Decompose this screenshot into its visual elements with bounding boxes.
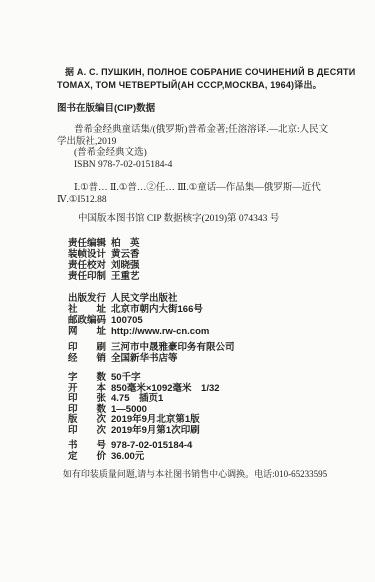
distributor-label: 经 销 [68,353,108,364]
book-number-label: 书 号 [68,441,108,452]
cip-classification: Ⅰ.①普… Ⅱ.①普…②任… Ⅲ.①童话—作品集—俄罗斯—近代 Ⅳ.①I512.… [57,183,347,206]
staff-row: 责任印制 王重艺 [68,271,347,282]
publisher-label: 网 址 [68,326,108,337]
printer-row: 印 刷 三河市中晟雅豪印务有限公司 [68,342,347,353]
printer-label: 印 刷 [68,342,108,353]
publisher-label: 邮政编码 [68,315,108,326]
cip-entry-line-2: 学出版社,2019 [57,137,347,149]
spec-value: 50千字 [108,373,141,384]
spec-value: 4.75 插页1 [108,394,163,405]
publisher-website: http://www.rw-cn.com [108,326,209,337]
spec-label: 字 数 [68,373,108,384]
price-row: 定 价 36.00元 [68,452,347,463]
cip-record-number: 中国版本图书馆 CIP 数据核字(2019)第 074343 号 [57,213,347,225]
cip-entry: 普希金经典童话集/(俄罗斯)普希金著;任溶溶译.—北京:人民文 学出版社,201… [57,125,347,171]
spec-row: 印 次 2019年9月第1次印刷 [68,426,347,437]
distributor-value: 全国新华书店等 [108,353,178,364]
spec-label: 印 张 [68,394,108,405]
staff-label: 责任编辑 [68,238,108,249]
spec-row: 版 次 2019年9月北京第1版 [68,415,347,426]
price-value: 36.00元 [108,452,144,463]
source-note-line-2: ТОМАХ, ТОМ ЧЕТВЕРТЫЙ(АН СССР,МОСКВА, 196… [57,79,347,92]
spec-label: 版 次 [68,415,108,426]
spec-value: 2019年9月第1次印刷 [108,426,200,437]
spec-row: 字 数 50千字 [68,373,347,384]
staff-value: 刘晓强 [108,260,140,271]
book-number-value: 978-7-02-015184-4 [108,441,192,452]
printing-distribution-info: 印 刷 三河市中晟雅豪印务有限公司 经 销 全国新华书店等 [68,342,347,364]
publisher-row: 邮政编码 100705 [68,315,347,326]
cip-classification-line-2: Ⅳ.①I512.88 [57,195,347,207]
publisher-value: 100705 [108,315,143,326]
staff-row: 装帧设计 黄云香 [68,249,347,260]
cip-classification-line-1: Ⅰ.①普… Ⅱ.①普…②任… Ⅲ.①童话—作品集—俄罗斯—近代 [57,183,347,195]
publisher-label: 出版发行 [68,293,108,304]
publisher-label: 社 址 [68,304,108,315]
price-label: 定 价 [68,452,108,463]
colophon-page: 据 А. С. ПУШКИН, ПОЛНОЕ СОБРАНИЕ СОЧИНЕНИ… [0,0,375,582]
staff-label: 责任印制 [68,271,108,282]
staff-label: 装帧设计 [68,249,108,260]
cip-entry-line-1: 普希金经典童话集/(俄罗斯)普希金著;任溶溶译.—北京:人民文 [57,125,347,137]
publisher-info: 出版发行 人民文学出版社 社 址 北京市朝内大街166号 邮政编码 100705… [68,293,347,337]
spec-row: 开 本 850毫米×1092毫米 1/32 [68,384,347,395]
spec-value: 2019年9月北京第1版 [108,415,200,426]
publisher-row: 出版发行 人民文学出版社 [68,293,347,304]
publisher-row: 社 址 北京市朝内大街166号 [68,304,347,315]
cip-heading: 图书在版编目(CIP)数据 [57,103,347,115]
staff-row: 责任编辑 柏 英 [68,238,347,249]
isbn-price: 书 号 978-7-02-015184-4 定 价 36.00元 [68,441,347,462]
cip-series-note: (普希金经典文选) [57,148,347,160]
staff-label: 责任校对 [68,260,108,271]
publisher-row: 网 址 http://www.rw-cn.com [68,326,347,337]
distributor-row: 经 销 全国新华书店等 [68,353,347,364]
spec-row: 印 数 1—5000 [68,405,347,416]
publisher-value: 北京市朝内大街166号 [108,304,203,315]
quality-hotline-note: 如有印装质量问题,请与本社图书销售中心调换。电话:010-65233595 [43,468,347,480]
spec-label: 印 次 [68,426,108,437]
staff-value: 王重艺 [108,271,140,282]
source-note-line-1: 据 А. С. ПУШКИН, ПОЛНОЕ СОБРАНИЕ СОЧИНЕНИ… [57,66,347,79]
staff-value: 柏 英 [108,238,140,249]
book-number-row: 书 号 978-7-02-015184-4 [68,441,347,452]
spec-row: 印 张 4.75 插页1 [68,394,347,405]
source-note: 据 А. С. ПУШКИН, ПОЛНОЕ СОБРАНИЕ СОЧИНЕНИ… [57,66,347,92]
staff-value: 黄云香 [108,249,140,260]
staff-credits: 责任编辑 柏 英 装帧设计 黄云香 责任校对 刘晓强 责任印制 王重艺 [68,238,347,282]
publisher-value: 人民文学出版社 [108,293,178,304]
staff-row: 责任校对 刘晓强 [68,260,347,271]
cip-isbn: ISBN 978-7-02-015184-4 [57,160,347,172]
print-specs: 字 数 50千字 开 本 850毫米×1092毫米 1/32 印 张 4.75 … [68,373,347,436]
printer-value: 三河市中晟雅豪印务有限公司 [108,342,235,353]
